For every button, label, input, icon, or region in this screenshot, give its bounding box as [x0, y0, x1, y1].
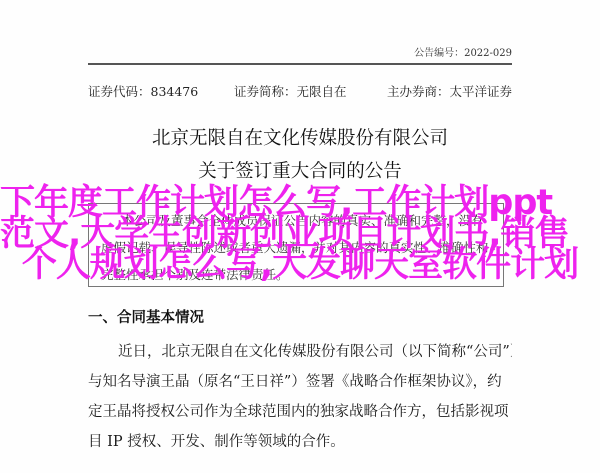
header-rule: [88, 63, 512, 65]
contract-paragraph: 近日，北京无限自在文化传媒股份有限公司（以下简称“公司”） 与知名导演王晶（原名…: [88, 337, 512, 457]
announcement-number: 公告编号：2022-029: [412, 44, 512, 59]
overlay-line: 个人规划怎么写,大发聊天室软件计划: [0, 250, 600, 281]
paragraph-line: 近日，北京无限自在文化传媒股份有限公司（以下简称“公司”）: [88, 337, 512, 367]
company-title: 北京无限自在文化传媒股份有限公司: [0, 124, 600, 150]
paragraph-line: 目 IP 授权、开发、制作等领域的合作。: [88, 427, 512, 457]
paragraph-line: 与知名导演王晶（原名“王日祥”）签署《战略合作框架协议》，约: [88, 367, 512, 397]
security-code: 证券代码：834476: [88, 82, 198, 100]
watermark-overlay-text: 下年度工作计划怎么写,工作计划ppt 范文,大学生创新创业项目计划书,销售 个人…: [0, 188, 600, 281]
section-heading: 一、合同基本情况: [88, 306, 204, 327]
announcement-title: 关于签订重大合同的公告: [0, 157, 600, 183]
lead-broker: 主办券商：太平洋证券: [387, 82, 512, 100]
security-meta-row: 证券代码：834476 证券简称：无限自在 主办券商：太平洋证券: [88, 82, 512, 100]
security-abbreviation: 证券简称：无限自在: [234, 82, 347, 100]
document-page: 公告编号：2022-029 证券代码：834476 证券简称：无限自在 主办券商…: [0, 0, 600, 473]
paragraph-line: 定王晶将授权公司作为全球范围内的独家战略合作方，包括影视项: [88, 397, 512, 427]
